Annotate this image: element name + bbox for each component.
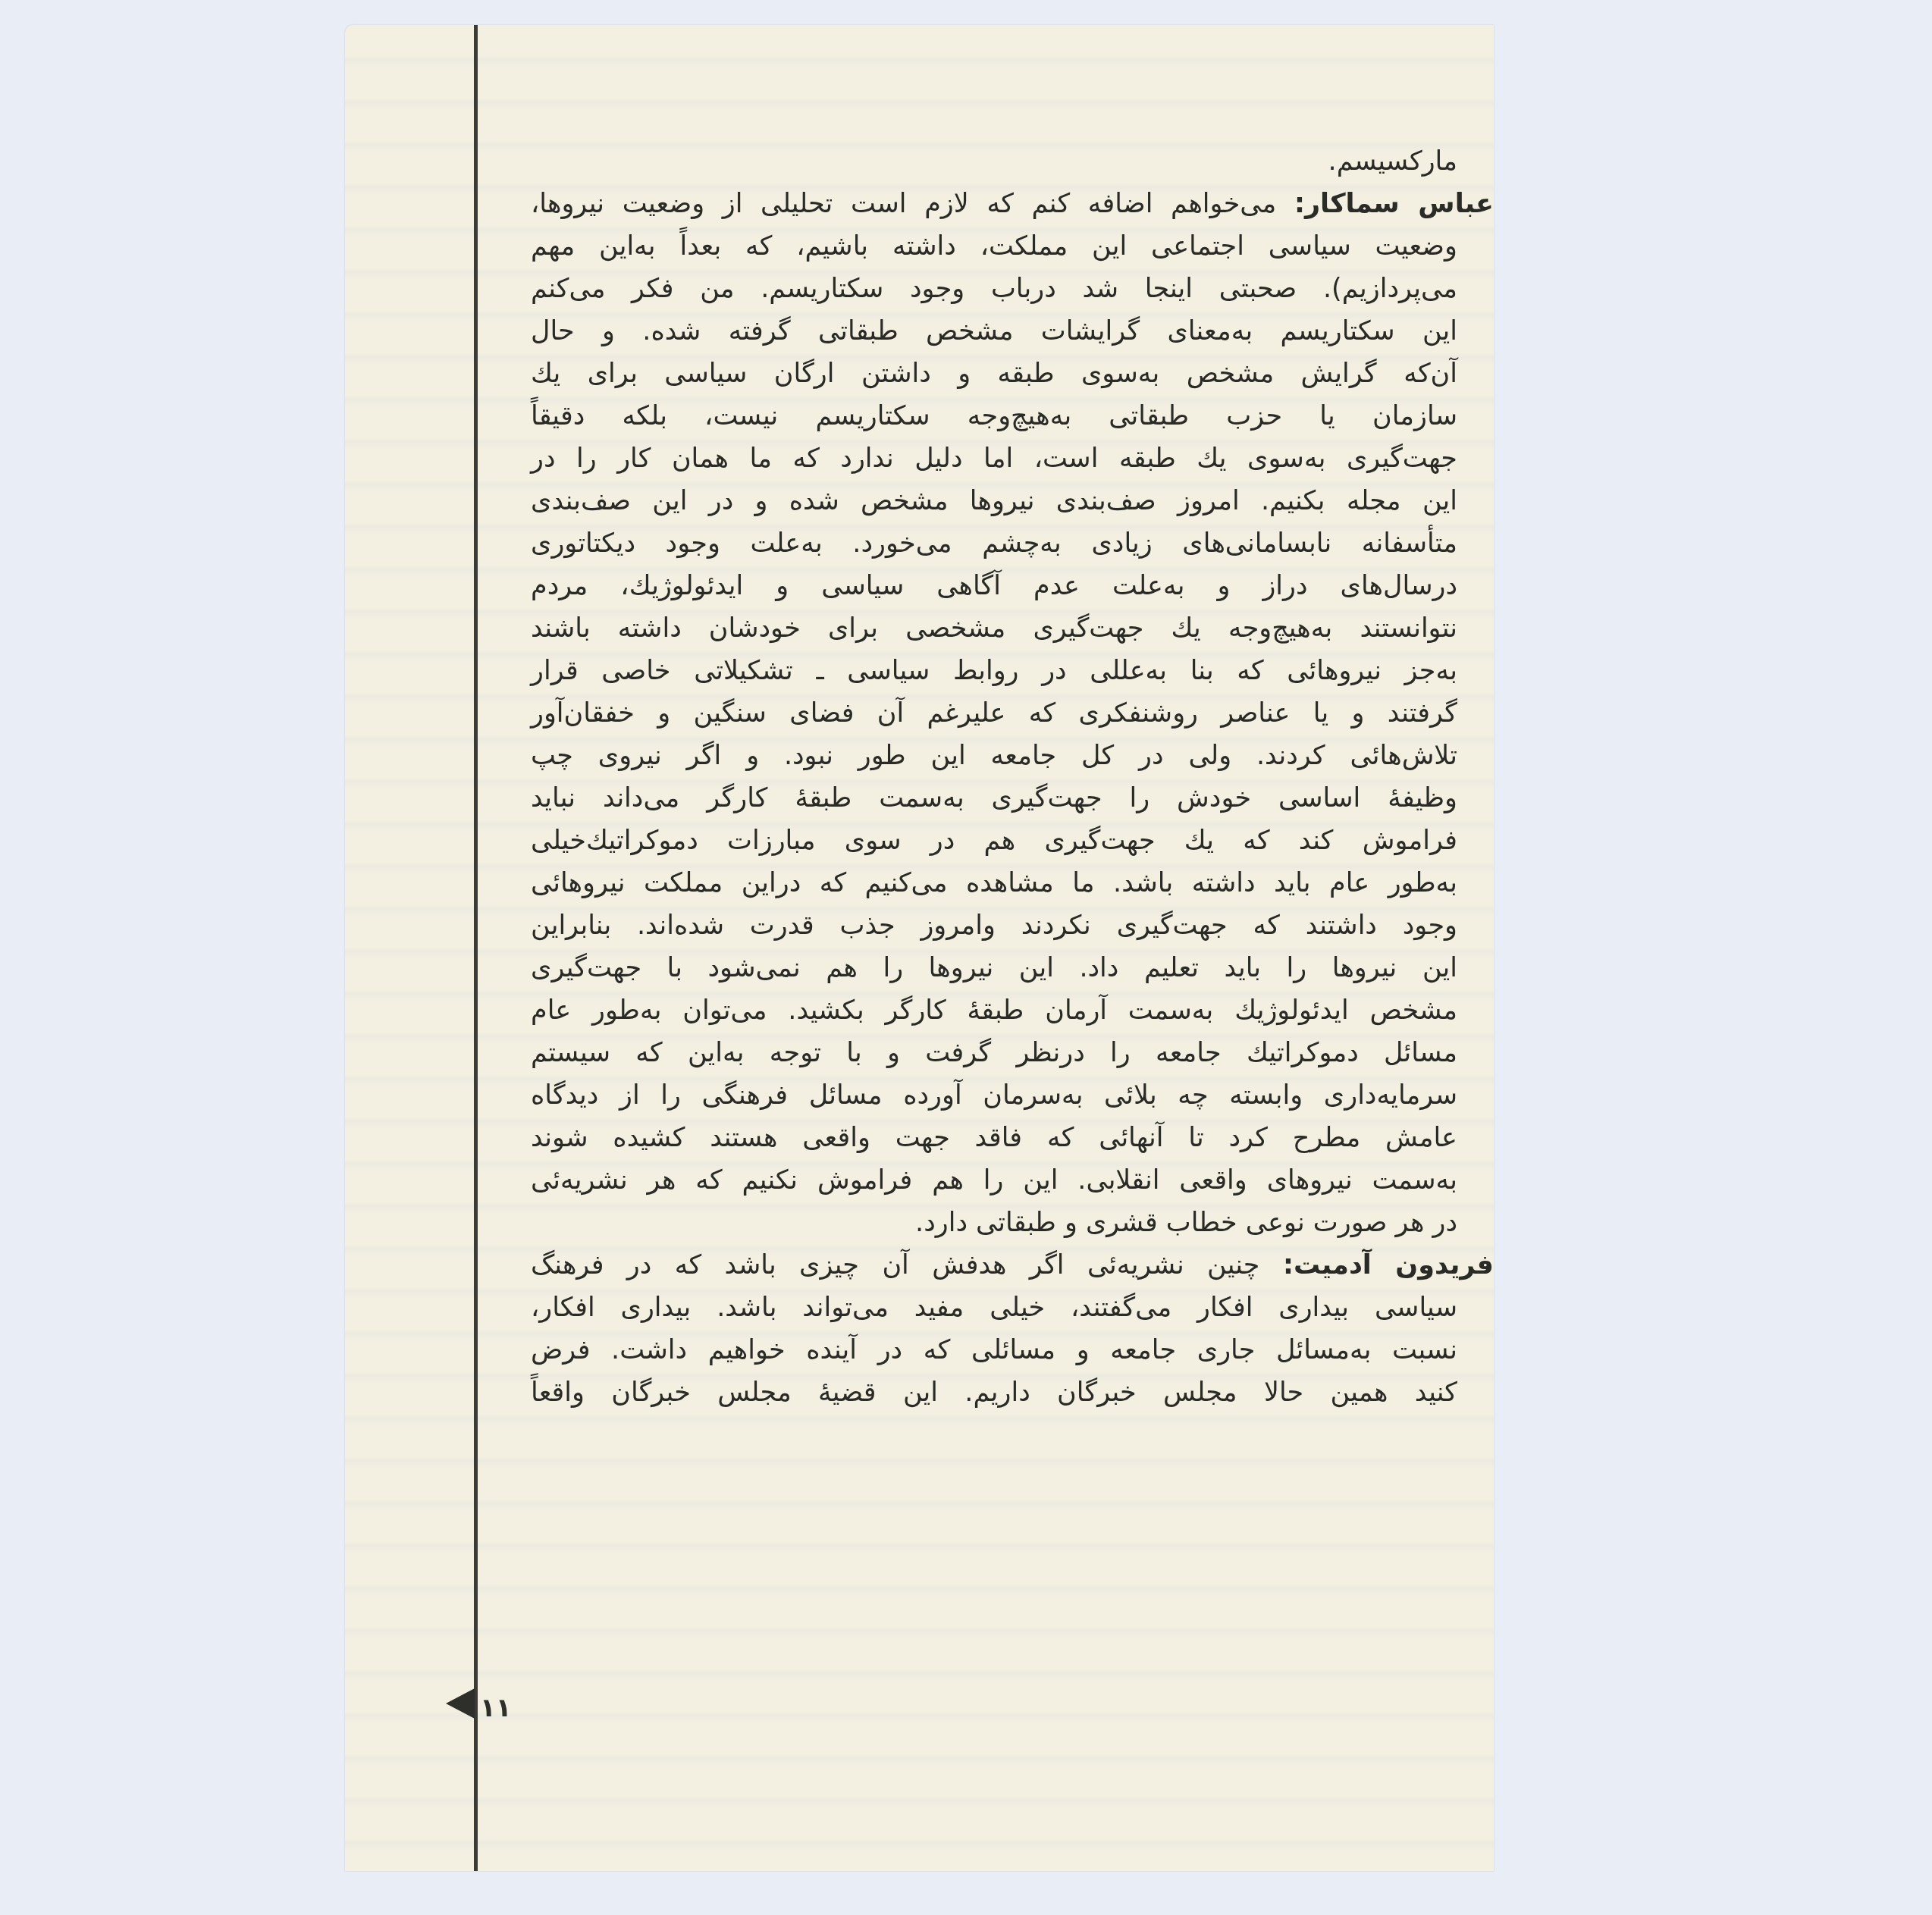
line-text: وظیفهٔ اساسی خودش را جهت‌گیری به‌سمت طبق… <box>531 783 1457 813</box>
text-line: درسال‌های دراز و به‌علت عدم آگاهی سیاسی … <box>531 565 1457 607</box>
text-line: تلاش‌هائی کردند. ولی در کل جامعه این طور… <box>531 735 1457 777</box>
speaker-name: فریدون آدمیت: <box>1283 1250 1494 1280</box>
text-line: وجود داشتند که جهت‌گیری نکردند وامروز جذ… <box>531 904 1457 947</box>
line-text: می‌خواهم اضافه کنم که لازم است تحلیلی از… <box>531 189 1294 219</box>
line-text: مشخص ایدئولوژیك به‌سمت آرمان طبقهٔ کارگر… <box>531 995 1457 1026</box>
line-text: جهت‌گیری به‌سوی یك طبقه است، اما دلیل ند… <box>531 443 1457 474</box>
text-line: آن‌که گرایش مشخص به‌سوی طبقه و داشتن ارگ… <box>531 353 1457 395</box>
text-line: به‌طور عام باید داشته باشد. ما مشاهده می… <box>531 862 1457 904</box>
line-text: نسبت به‌مسائل جاری جامعه و مسائلی که در … <box>531 1335 1457 1365</box>
line-text: گرفتند و یا عناصر روشنفکری که علیرغم آن … <box>531 698 1457 729</box>
text-line: می‌پردازیم). صحبتی اینجا شد درباب وجود س… <box>531 268 1457 310</box>
line-text: عامش مطرح کرد تا آنهائی که فاقد جهت واقع… <box>531 1123 1457 1153</box>
line-text: در هر صورت نوعی خطاب قشری و طبقاتی دارد. <box>915 1208 1457 1238</box>
line-text: این مجله بکنیم. امروز صف‌بندی نیروها مشخ… <box>531 486 1457 516</box>
line-text: سازمان یا حزب طبقاتی به‌هیچ‌وجه سکتاریسم… <box>531 401 1457 431</box>
body-text: مارکسیسم.عباس سماکار: می‌خواهم اضافه کنم… <box>531 140 1457 1414</box>
text-line: در هر صورت نوعی خطاب قشری و طبقاتی دارد. <box>531 1202 1457 1244</box>
line-text: سیاسی بیداری افکار می‌گفتند، خیلی مفید م… <box>531 1293 1457 1323</box>
line-text: نتوانستند به‌هیچ‌وجه یك جهت‌گیری مشخصی ب… <box>531 613 1457 644</box>
line-text: مارکسیسم. <box>1328 146 1457 177</box>
text-line: سرمایه‌داری وابسته چه بلائی به‌سرمان آور… <box>531 1074 1457 1117</box>
line-text: وضعیت سیاسی اجتماعی این مملکت، داشته باش… <box>531 231 1457 262</box>
text-line: سازمان یا حزب طبقاتی به‌هیچ‌وجه سکتاریسم… <box>531 395 1457 437</box>
text-line: وظیفهٔ اساسی خودش را جهت‌گیری به‌سمت طبق… <box>531 777 1457 820</box>
line-text: وجود داشتند که جهت‌گیری نکردند وامروز جذ… <box>531 910 1457 941</box>
text-line: وضعیت سیاسی اجتماعی این مملکت، داشته باش… <box>531 225 1457 268</box>
line-text: متأسفانه نابسامانی‌های زیادی به‌چشم می‌خ… <box>531 528 1457 559</box>
speaker-name: عباس سماکار: <box>1294 189 1494 219</box>
text-line: متأسفانه نابسامانی‌های زیادی به‌چشم می‌خ… <box>531 522 1457 565</box>
vertical-margin-rule <box>474 25 478 1871</box>
line-text: مسائل دموکراتیك جامعه را درنظر گرفت و با… <box>531 1038 1457 1068</box>
text-line: جهت‌گیری به‌سوی یك طبقه است، اما دلیل ند… <box>531 437 1457 480</box>
text-line: نسبت به‌مسائل جاری جامعه و مسائلی که در … <box>531 1329 1457 1371</box>
scanned-page: ۱۱ مارکسیسم.عباس سماکار: می‌خواهم اضافه … <box>345 25 1494 1871</box>
page-number: ۱۱ <box>480 1693 512 1723</box>
text-line: فراموش کند که یك جهت‌گیری هم در سوی مبار… <box>531 820 1457 862</box>
line-text: آن‌که گرایش مشخص به‌سوی طبقه و داشتن ارگ… <box>531 359 1457 389</box>
text-line: کنید همین حالا مجلس خبرگان داریم. این قض… <box>531 1371 1457 1414</box>
speaker-paragraph-start: عباس سماکار: می‌خواهم اضافه کنم که لازم … <box>531 183 1494 225</box>
text-line: مشخص ایدئولوژیك به‌سمت آرمان طبقهٔ کارگر… <box>531 989 1457 1032</box>
text-line: مارکسیسم. <box>531 140 1457 183</box>
text-line: عامش مطرح کرد تا آنهائی که فاقد جهت واقع… <box>531 1117 1457 1159</box>
text-line: به‌سمت نیروهای واقعی انقلابی. این را هم … <box>531 1159 1457 1202</box>
line-text: به‌طور عام باید داشته باشد. ما مشاهده می… <box>531 868 1457 898</box>
line-text: می‌پردازیم). صحبتی اینجا شد درباب وجود س… <box>531 274 1457 304</box>
line-text: چنین نشریه‌ئی اگر هدفش آن چیزی باشد که د… <box>531 1250 1283 1280</box>
line-text: فراموش کند که یك جهت‌گیری هم در سوی مبار… <box>531 826 1457 856</box>
text-line: این نیروها را باید تعلیم داد. این نیروها… <box>531 947 1457 989</box>
line-text: درسال‌های دراز و به‌علت عدم آگاهی سیاسی … <box>531 571 1457 601</box>
text-line: نتوانستند به‌هیچ‌وجه یك جهت‌گیری مشخصی ب… <box>531 607 1457 650</box>
text-line: سیاسی بیداری افکار می‌گفتند، خیلی مفید م… <box>531 1287 1457 1329</box>
line-text: تلاش‌هائی کردند. ولی در کل جامعه این طور… <box>531 741 1457 771</box>
line-text: کنید همین حالا مجلس خبرگان داریم. این قض… <box>531 1377 1457 1408</box>
line-text: سرمایه‌داری وابسته چه بلائی به‌سرمان آور… <box>531 1080 1457 1111</box>
line-text: این سکتاریسم به‌معنای گرایشات مشخص طبقات… <box>531 316 1457 346</box>
line-text: این نیروها را باید تعلیم داد. این نیروها… <box>531 953 1457 983</box>
page-marker-triangle-icon <box>446 1688 475 1719</box>
text-line: گرفتند و یا عناصر روشنفکری که علیرغم آن … <box>531 692 1457 735</box>
line-text: به‌جز نیروهائی که بنا به‌عللی در روابط س… <box>531 656 1457 686</box>
text-line: مسائل دموکراتیك جامعه را درنظر گرفت و با… <box>531 1032 1457 1074</box>
text-line: به‌جز نیروهائی که بنا به‌عللی در روابط س… <box>531 650 1457 692</box>
text-line: این مجله بکنیم. امروز صف‌بندی نیروها مشخ… <box>531 480 1457 522</box>
text-line: این سکتاریسم به‌معنای گرایشات مشخص طبقات… <box>531 310 1457 353</box>
speaker-paragraph-start: فریدون آدمیت: چنین نشریه‌ئی اگر هدفش آن … <box>531 1244 1494 1287</box>
line-text: به‌سمت نیروهای واقعی انقلابی. این را هم … <box>531 1165 1457 1196</box>
